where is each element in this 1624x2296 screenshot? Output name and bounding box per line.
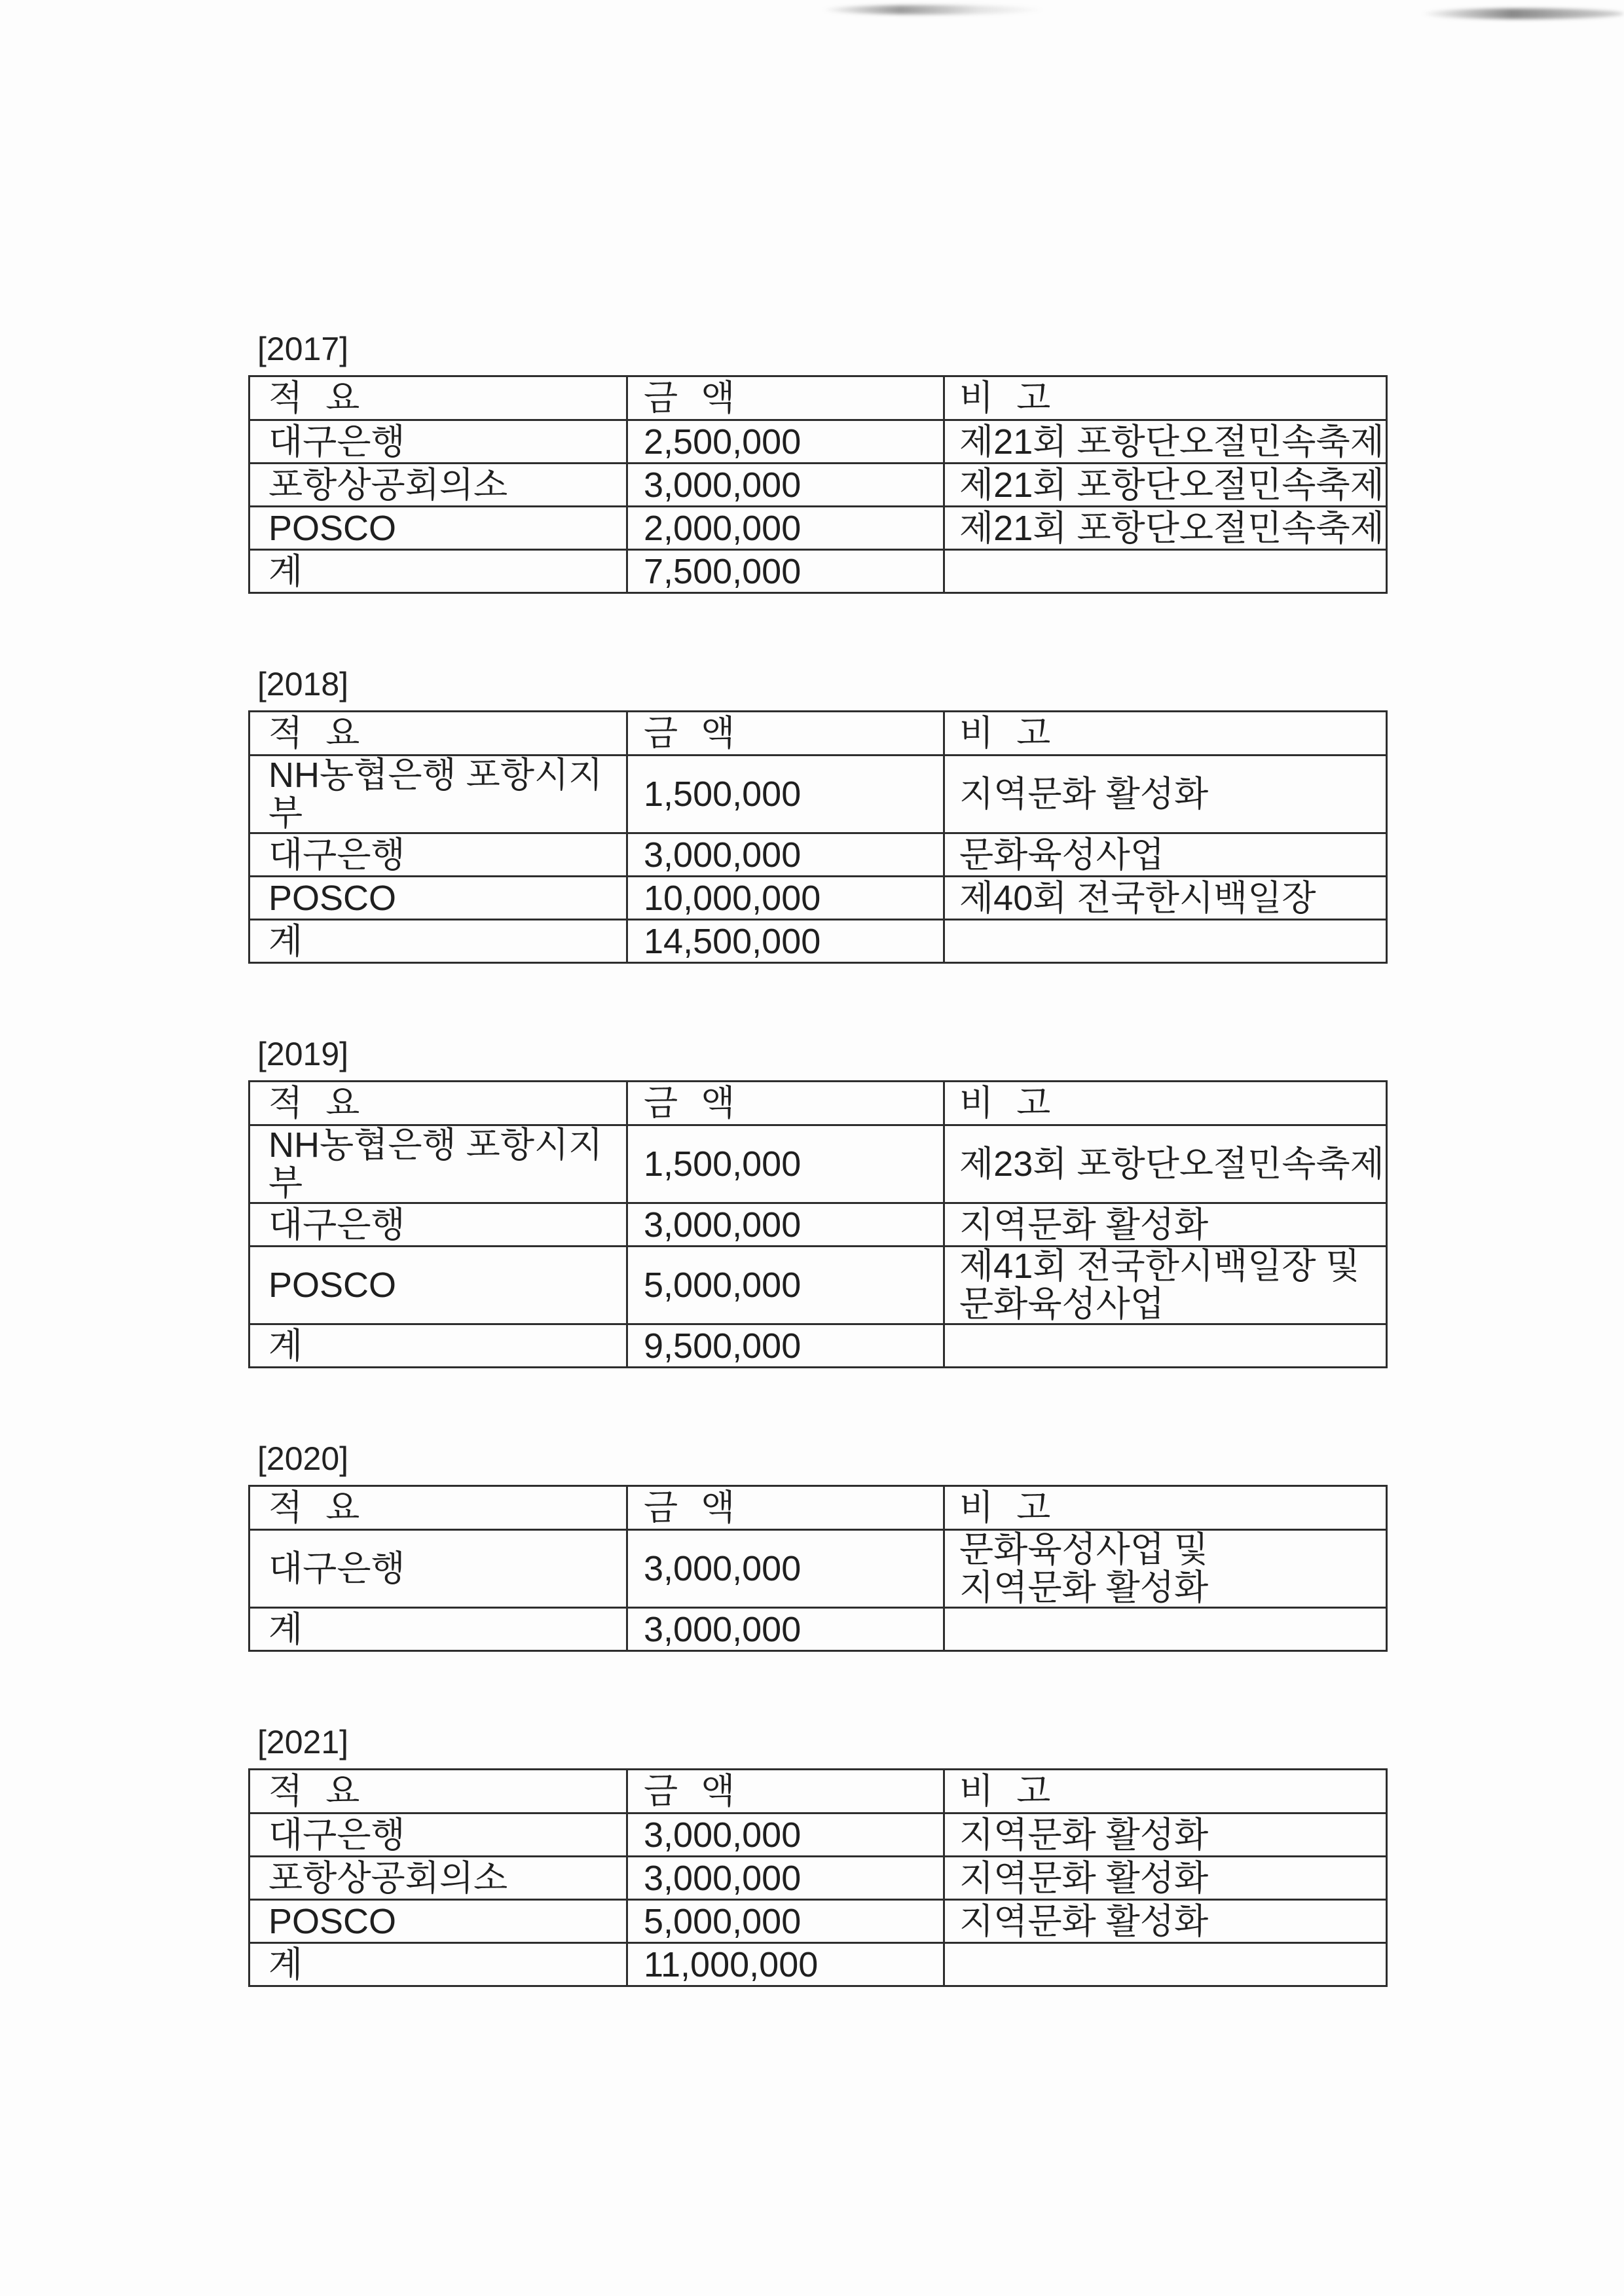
column-header-desc: 적 요 [249,1770,627,1813]
note-cell [944,1324,1387,1368]
desc-cell: POSCO [249,1900,627,1943]
table-header-row: 적 요금 액비 고 [249,712,1387,756]
column-header-amount: 금 액 [627,1770,944,1813]
column-header-desc: 적 요 [249,1082,627,1125]
desc-cell: NH농협은행 포항시지부 [249,756,627,833]
column-header-note: 비 고 [944,1082,1387,1125]
table-row: POSCO2,000,000제21회 포항단오절민속축제 [249,507,1387,550]
table-header-row: 적 요금 액비 고 [249,1082,1387,1125]
amount-cell: 11,000,000 [627,1943,944,1986]
table-row: POSCO5,000,000제41회 전국한시백일장 및 문화육성사업 [249,1247,1387,1324]
year-label: [2017] [257,329,1386,369]
scan-artifact-top-right [1421,9,1624,19]
amount-cell: 5,000,000 [627,1900,944,1943]
note-cell [944,1608,1387,1651]
note-cell: 지역문화 활성화 [944,756,1387,833]
year-section: [2021] 적 요금 액비 고 대구은행3,000,000지역문화 활성화포항… [248,1722,1386,1987]
note-cell: 문화육성사업 및 지역문화 활성화 [944,1530,1387,1608]
table-row: POSCO5,000,000지역문화 활성화 [249,1900,1387,1943]
donation-table: 적 요금 액비 고 대구은행2,500,000제21회 포항단오절민속축제포항상… [248,375,1388,594]
amount-cell: 3,000,000 [627,1530,944,1608]
year-label: [2018] [257,665,1386,704]
amount-cell: 2,000,000 [627,507,944,550]
table-row: 대구은행2,500,000제21회 포항단오절민속축제 [249,420,1387,464]
note-cell: 제21회 포항단오절민속축제 [944,507,1387,550]
amount-cell: 7,500,000 [627,550,944,593]
note-cell: 제21회 포항단오절민속축제 [944,420,1387,464]
note-cell: 문화육성사업 [944,833,1387,877]
note-cell: 지역문화 활성화 [944,1900,1387,1943]
amount-cell: 14,500,000 [627,920,944,963]
table-header-row: 적 요금 액비 고 [249,1770,1387,1813]
total-row: 계7,500,000 [249,550,1387,593]
amount-cell: 5,000,000 [627,1247,944,1324]
column-header-desc: 적 요 [249,1486,627,1530]
note-cell: 제40회 전국한시백일장 [944,877,1387,920]
amount-cell: 3,000,000 [627,1813,944,1857]
desc-cell: 대구은행 [249,1813,627,1857]
table-row: POSCO10,000,000제40회 전국한시백일장 [249,877,1387,920]
table-header-row: 적 요금 액비 고 [249,1486,1387,1530]
column-header-amount: 금 액 [627,712,944,756]
note-cell [944,920,1387,963]
donation-table: 적 요금 액비 고 대구은행3,000,000지역문화 활성화포항상공회의소3,… [248,1768,1388,1987]
column-header-desc: 적 요 [249,376,627,420]
table-row: 포항상공회의소3,000,000지역문화 활성화 [249,1857,1387,1900]
table-row: 대구은행3,000,000문화육성사업 [249,833,1387,877]
desc-cell: 계 [249,920,627,963]
desc-cell: 계 [249,550,627,593]
desc-cell: 계 [249,1608,627,1651]
note-cell: 지역문화 활성화 [944,1857,1387,1900]
table-row: 대구은행3,000,000지역문화 활성화 [249,1813,1387,1857]
desc-cell: 계 [249,1943,627,1986]
desc-cell: POSCO [249,877,627,920]
amount-cell: 10,000,000 [627,877,944,920]
donation-table: 적 요금 액비 고 대구은행3,000,000문화육성사업 및 지역문화 활성화… [248,1485,1388,1652]
note-cell [944,550,1387,593]
table-row: NH농협은행 포항시지부1,500,000지역문화 활성화 [249,756,1387,833]
amount-cell: 3,000,000 [627,1203,944,1247]
year-section: [2019] 적 요금 액비 고 NH농협은행 포항시지부1,500,000제2… [248,1034,1386,1368]
year-section: [2018] 적 요금 액비 고 NH농협은행 포항시지부1,500,000지역… [248,665,1386,964]
table-row: 포항상공회의소3,000,000제21회 포항단오절민속축제 [249,464,1387,507]
total-row: 계14,500,000 [249,920,1387,963]
donation-table: 적 요금 액비 고 NH농협은행 포항시지부1,500,000지역문화 활성화대… [248,710,1388,964]
note-cell: 제21회 포항단오절민속축제 [944,464,1387,507]
year-label: [2020] [257,1439,1386,1478]
column-header-note: 비 고 [944,376,1387,420]
amount-cell: 3,000,000 [627,833,944,877]
total-row: 계9,500,000 [249,1324,1387,1368]
amount-cell: 3,000,000 [627,1608,944,1651]
column-header-note: 비 고 [944,712,1387,756]
amount-cell: 3,000,000 [627,1857,944,1900]
year-section: [2017] 적 요금 액비 고 대구은행2,500,000제21회 포항단오절… [248,329,1386,594]
desc-cell: 대구은행 [249,1530,627,1608]
amount-cell: 9,500,000 [627,1324,944,1368]
desc-cell: NH농협은행 포항시지부 [249,1125,627,1203]
column-header-desc: 적 요 [249,712,627,756]
year-label: [2019] [257,1034,1386,1074]
donation-table: 적 요금 액비 고 NH농협은행 포항시지부1,500,000제23회 포항단오… [248,1080,1388,1368]
note-cell [944,1943,1387,1986]
year-section: [2020] 적 요금 액비 고 대구은행3,000,000문화육성사업 및 지… [248,1439,1386,1652]
total-row: 계3,000,000 [249,1608,1387,1651]
amount-cell: 3,000,000 [627,464,944,507]
year-label: [2021] [257,1722,1386,1762]
column-header-note: 비 고 [944,1770,1387,1813]
desc-cell: 대구은행 [249,1203,627,1247]
amount-cell: 1,500,000 [627,756,944,833]
amount-cell: 1,500,000 [627,1125,944,1203]
column-header-amount: 금 액 [627,1486,944,1530]
desc-cell: 대구은행 [249,833,627,877]
note-cell: 지역문화 활성화 [944,1203,1387,1247]
table-row: 대구은행3,000,000문화육성사업 및 지역문화 활성화 [249,1530,1387,1608]
column-header-note: 비 고 [944,1486,1387,1530]
column-header-amount: 금 액 [627,376,944,420]
document-page: [2017] 적 요금 액비 고 대구은행2,500,000제21회 포항단오절… [248,0,1386,1987]
total-row: 계11,000,000 [249,1943,1387,1986]
note-cell: 제41회 전국한시백일장 및 문화육성사업 [944,1247,1387,1324]
desc-cell: POSCO [249,507,627,550]
desc-cell: 계 [249,1324,627,1368]
table-row: 대구은행3,000,000지역문화 활성화 [249,1203,1387,1247]
note-cell: 제23회 포항단오절민속축제 [944,1125,1387,1203]
desc-cell: 포항상공회의소 [249,1857,627,1900]
note-cell: 지역문화 활성화 [944,1813,1387,1857]
desc-cell: 포항상공회의소 [249,464,627,507]
table-header-row: 적 요금 액비 고 [249,376,1387,420]
column-header-amount: 금 액 [627,1082,944,1125]
desc-cell: 대구은행 [249,420,627,464]
amount-cell: 2,500,000 [627,420,944,464]
desc-cell: POSCO [249,1247,627,1324]
table-row: NH농협은행 포항시지부1,500,000제23회 포항단오절민속축제 [249,1125,1387,1203]
